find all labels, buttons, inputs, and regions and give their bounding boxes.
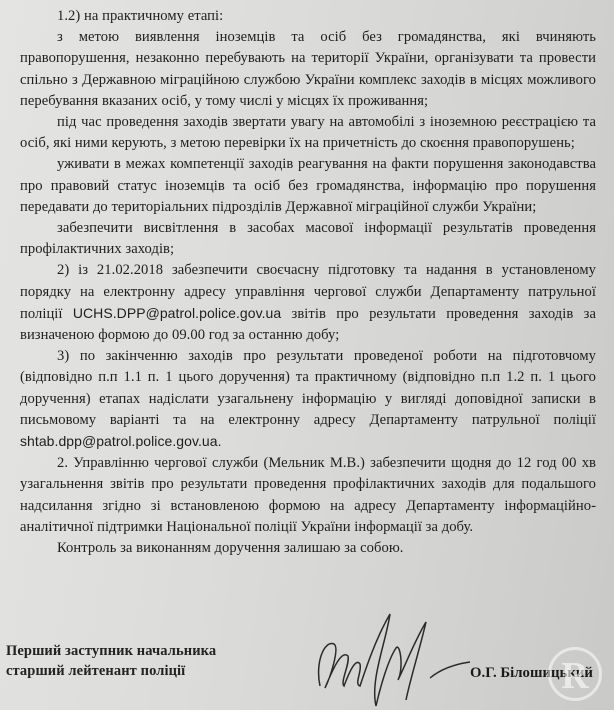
- paragraph-response-measures: уживати в межах компетенції заходів реаг…: [20, 154, 596, 218]
- signatory-position: Перший заступник начальника старший лейт…: [6, 641, 216, 681]
- paragraph-media-coverage: забезпечити висвітлення в засобах масово…: [20, 218, 596, 260]
- paragraph-item-3-email-line: shtab.dpp@patrol.police.gov.ua.: [20, 431, 596, 453]
- handwritten-signature-icon: [310, 608, 480, 708]
- document-page: 1.2) на практичному етапі: з метою виявл…: [0, 0, 614, 710]
- paragraph-1-2-header: 1.2) на практичному етапі:: [20, 6, 596, 27]
- publisher-watermark-logo-icon: R: [548, 647, 602, 701]
- paragraph-item-2-reports: 2) із 21.02.2018 забезпечити своєчасну п…: [20, 260, 596, 346]
- paragraph-identify-foreigners: з метою виявлення іноземців та осіб без …: [20, 27, 596, 112]
- email-uchs-dpp: UCHS.DPP@patrol.police.gov.ua: [73, 305, 281, 321]
- document-body: 1.2) на практичному етапі: з метою виявл…: [20, 6, 596, 559]
- paragraph-control: Контроль за виконанням доручення залишаю…: [20, 538, 596, 559]
- paragraph-vehicles: під час проведення заходів звертати уваг…: [20, 112, 596, 154]
- signatory-position-line-1: Перший заступник начальника: [6, 641, 216, 661]
- paragraph-item-3-summary: 3) по закінченню заходів про результати …: [20, 346, 596, 431]
- signatory-rank: старший лейтенант поліції: [6, 661, 216, 681]
- paragraph-section-2-duty-service: 2. Управлінню чергової служби (Мельник М…: [20, 453, 596, 538]
- email-shtab-dpp: shtab.dpp@patrol.police.gov.ua.: [20, 433, 222, 449]
